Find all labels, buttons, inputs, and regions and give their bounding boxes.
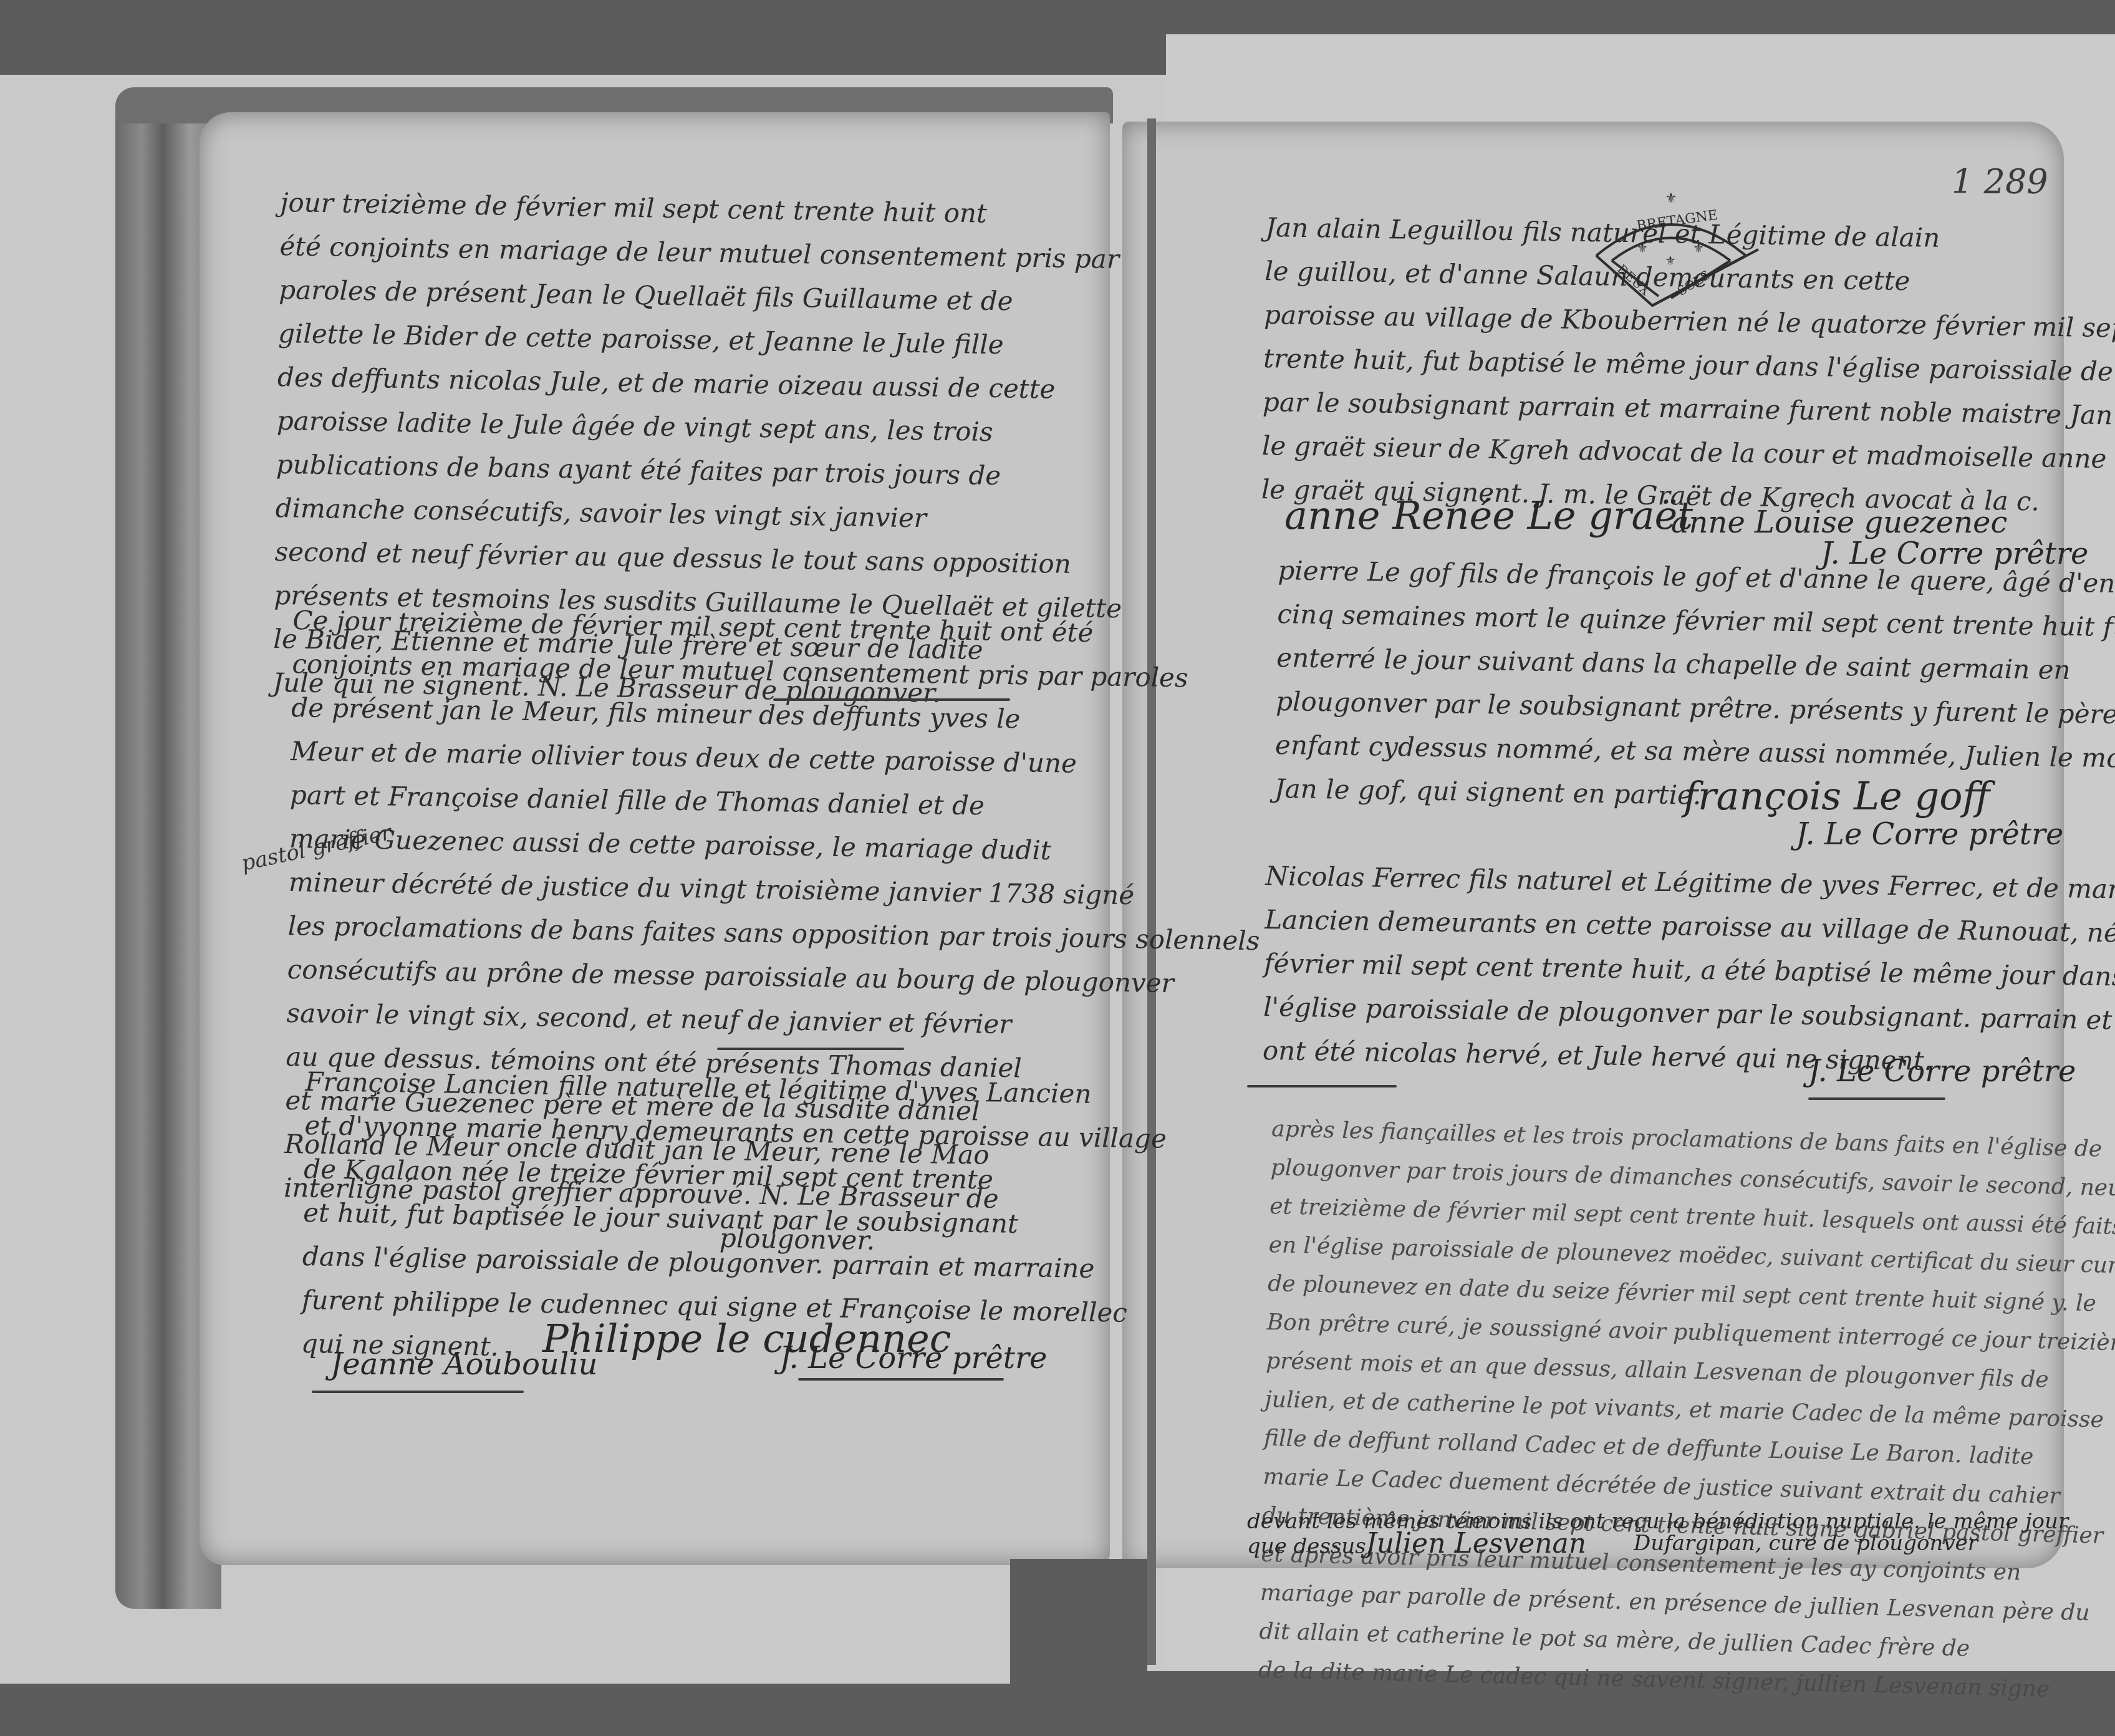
signature-underline <box>1808 1097 1945 1100</box>
entry-tail-line: que dessus. <box>1247 1534 1373 1559</box>
signature-julien-lesvenan: Julien Lesvenan <box>1366 1528 1586 1560</box>
signature-francois-le-goff: françois Le goff <box>1684 773 1990 819</box>
signature-anne-louise-guezenec: anne Louise guezenec <box>1671 505 2007 540</box>
signature-underline <box>798 1378 1004 1381</box>
right-entry-1-baptism: Jan alain Leguillou fils naturel et Légi… <box>1261 206 2115 526</box>
signature-anne-renee-le-graet: anne Renée Le graët <box>1284 493 1693 538</box>
signature-le-corre: J. Le Corre prêtre <box>1808 1054 2076 1089</box>
svg-text:⚜: ⚜ <box>1665 191 1677 206</box>
signature-le-corre: J. Le Corre prêtre <box>1796 817 2063 852</box>
signature-underline <box>312 1391 524 1393</box>
entry-separator <box>1247 1085 1397 1087</box>
right-entry-3-baptism: Nicolas Ferrec fils naturel et Légitime … <box>1263 854 2115 1088</box>
right-entry-4-marriage: après les fiançailles et les trois procl… <box>1258 1110 2115 1712</box>
signature-jeanne: Jeanne Aoubouliu <box>330 1347 597 1382</box>
signature-cure-plougonver: Dufargipan, curé de plougonver <box>1634 1531 1978 1556</box>
folio-number: 1 289 <box>1952 162 2048 201</box>
signature-le-corre: J. Le Corre prêtre <box>779 1341 1047 1376</box>
signature-underline <box>717 1048 904 1050</box>
gutter-shadow <box>1010 1559 1147 1684</box>
scan-bottom-band-left <box>0 1684 1166 1736</box>
